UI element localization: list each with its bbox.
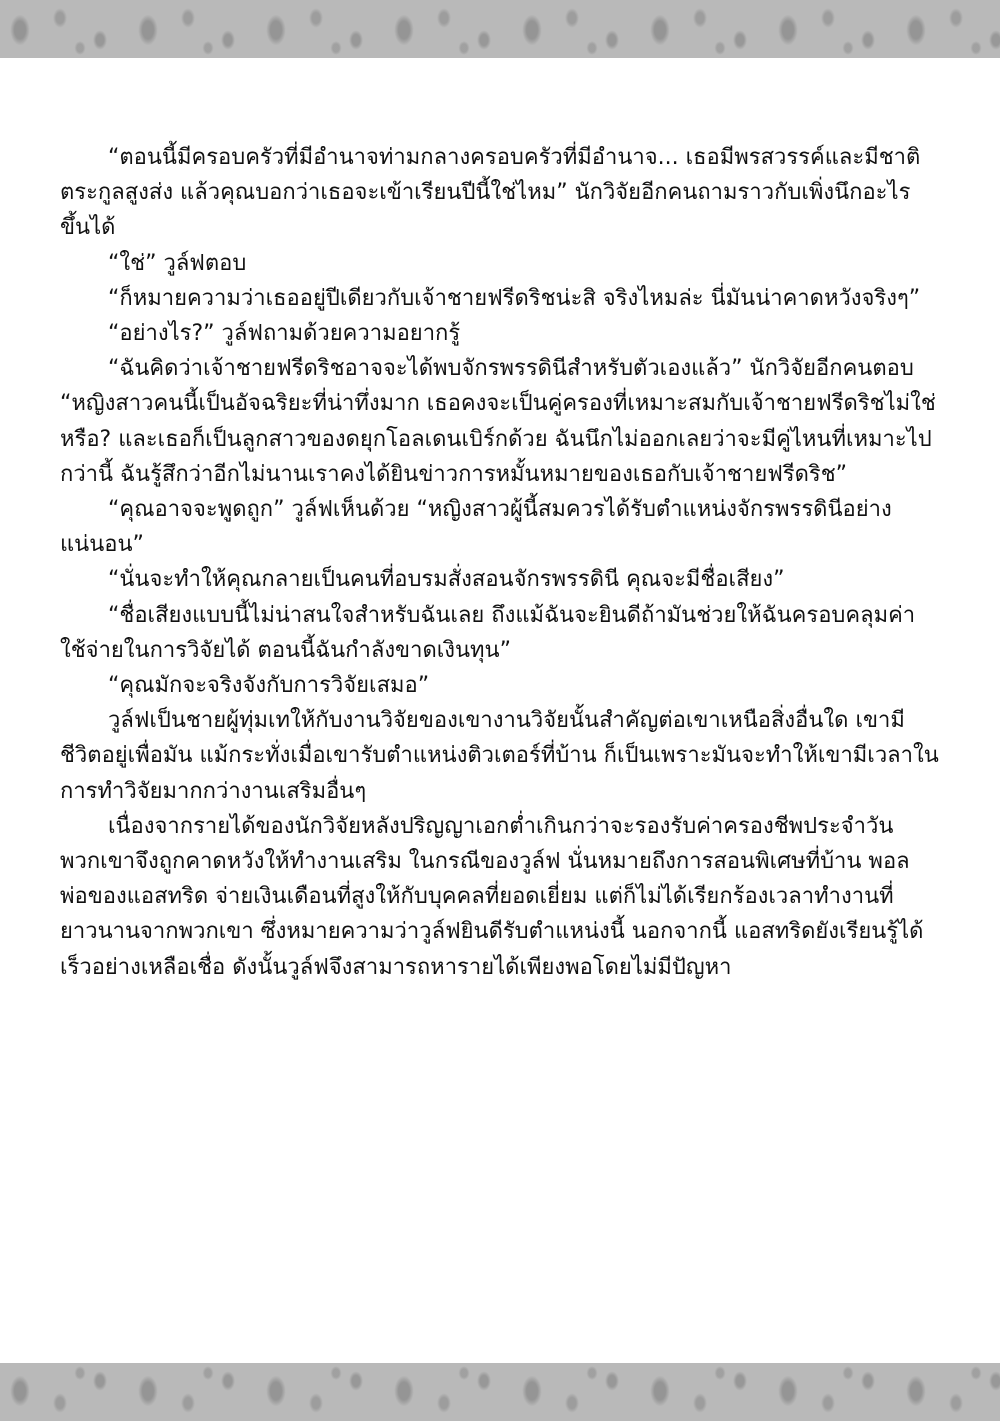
paragraph: “ก็หมายความว่าเธออยู่ปีเดียวกับเจ้าชายฟร… bbox=[60, 281, 940, 316]
paragraph: “อย่างไร?” วูล์ฟถามด้วยความอยากรู้ bbox=[60, 316, 940, 351]
paragraph: “คุณมักจะจริงจังกับการวิจัยเสมอ” bbox=[60, 668, 940, 703]
paragraph: “ฉันคิดว่าเจ้าชายฟรีดริชอาจจะได้พบจักรพร… bbox=[60, 351, 940, 492]
paragraph: “คุณอาจจะพูดถูก” วูล์ฟเห็นด้วย “หญิงสาวผ… bbox=[60, 492, 940, 562]
paragraph: “ตอนนี้มีครอบครัวที่มีอำนาจท่ามกลางครอบค… bbox=[60, 140, 940, 246]
paragraph: “ชื่อเสียงแบบนี้ไม่น่าสนใจสำหรับฉันเลย ถ… bbox=[60, 598, 940, 668]
paragraph: “นั่นจะทำให้คุณกลายเป็นคนที่อบรมสั่งสอนจ… bbox=[60, 562, 940, 597]
page-body-text: “ตอนนี้มีครอบครัวที่มีอำนาจท่ามกลางครอบค… bbox=[60, 140, 940, 985]
ornamental-footer-band bbox=[0, 1363, 1000, 1421]
paragraph: “ใช่” วูล์ฟตอบ bbox=[60, 246, 940, 281]
ornamental-header-band bbox=[0, 0, 1000, 58]
paragraph: เนื่องจากรายได้ของนักวิจัยหลังปริญญาเอกต… bbox=[60, 809, 940, 985]
paragraph: วูล์ฟเป็นชายผู้ทุ่มเทให้กับงานวิจัยของเข… bbox=[60, 703, 940, 809]
